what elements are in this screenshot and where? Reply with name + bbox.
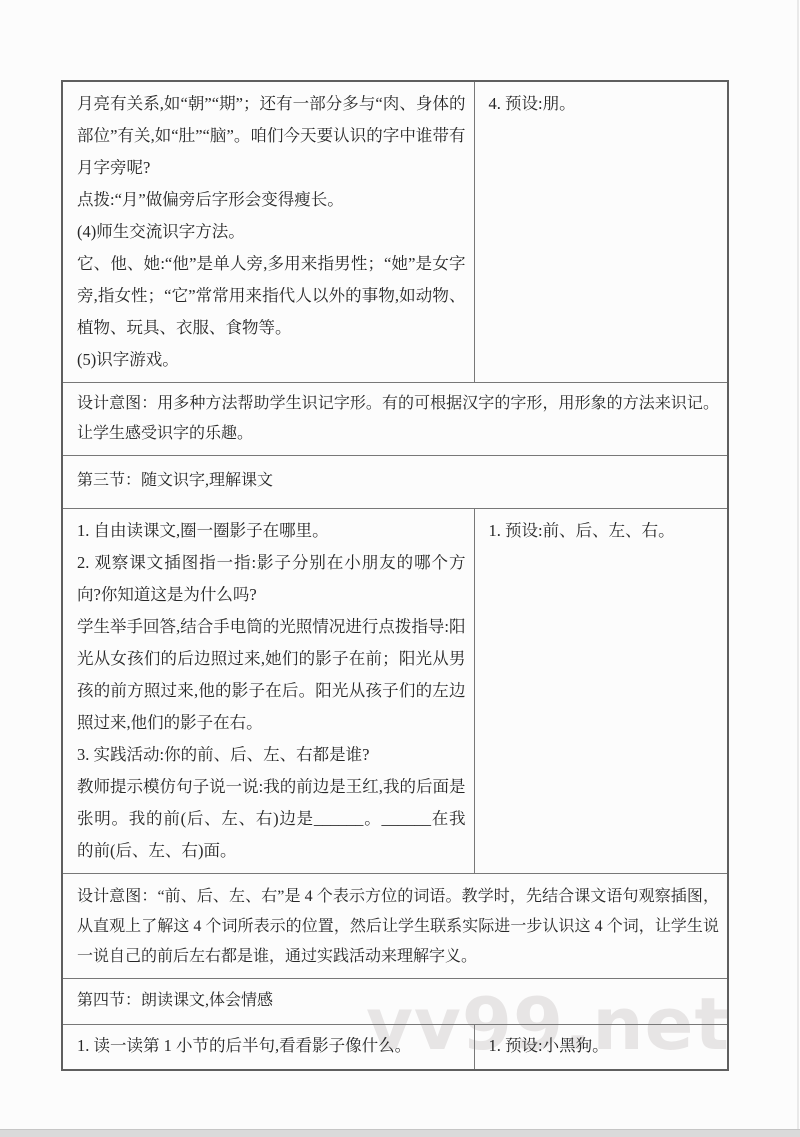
table-row: 设计意图：“前、后、左、右”是 4 个表示方位的词语。教学时，先结合课文语句观察… [62, 874, 728, 979]
preset-answer-cell: 1. 预设:前、后、左、右。 [474, 509, 728, 874]
page-bottom-edge [0, 1129, 800, 1137]
table-row: 第四节：朗读课文,体会情感 [62, 979, 728, 1025]
design-intent-text: 设计意图：“前、后、左、右”是 4 个表示方位的词语。教学时，先结合课文语句观察… [77, 882, 719, 972]
section-header-text: 第四节：朗读课文,体会情感 [77, 986, 719, 1016]
table-row: 1. 读一读第 1 小节的后半句,看看影子像什么。 1. 预设:小黑狗。 [62, 1025, 728, 1071]
preset-answer-cell: 1. 预设:小黑狗。 [474, 1025, 728, 1071]
lesson-plan-table: 月亮有关系,如“朝”“期”；还有一部分多与“肉、身体的部位”有关,如“肚”“脑”… [61, 80, 729, 1071]
teaching-steps-cell: 月亮有关系,如“朝”“期”；还有一部分多与“肉、身体的部位”有关,如“肚”“脑”… [62, 81, 474, 383]
table-row: 月亮有关系,如“朝”“期”；还有一部分多与“肉、身体的部位”有关,如“肚”“脑”… [62, 81, 728, 383]
preset-answer-text: 1. 预设:前、后、左、右。 [489, 515, 720, 547]
section-header-cell: 第三节：随文识字,理解课文 [62, 456, 728, 509]
section-header-cell: 第四节：朗读课文,体会情感 [62, 979, 728, 1025]
cell-paragraph: 2. 观察课文插图指一指:影子分别在小朋友的哪个方向?你知道这是为什么吗? [77, 547, 466, 611]
teaching-steps-cell: 1. 读一读第 1 小节的后半句,看看影子像什么。 [62, 1025, 474, 1071]
cell-paragraph: 1. 自由读课文,圈一圈影子在哪里。 [77, 515, 466, 547]
table-row: 第三节：随文识字,理解课文 [62, 456, 728, 509]
section-header-text: 第三节：随文识字,理解课文 [77, 466, 719, 496]
preset-answer-text: 4. 预设:朋。 [489, 88, 720, 120]
cell-paragraph: 3. 实践活动:你的前、后、左、右都是谁? [77, 739, 466, 771]
design-intent-text: 设计意图：用多种方法帮助学生识记字形。有的可根据汉字的字形，用形象的方法来识记。… [77, 389, 719, 449]
cell-paragraph: 教师提示模仿句子说一说:我的前边是王红,我的后面是张明。我的前(后、左、右)边是… [77, 771, 466, 867]
preset-answer-cell: 4. 预设:朋。 [474, 81, 728, 383]
table-row: 1. 自由读课文,圈一圈影子在哪里。 2. 观察课文插图指一指:影子分别在小朋友… [62, 509, 728, 874]
cell-paragraph: 月亮有关系,如“朝”“期”；还有一部分多与“肉、身体的部位”有关,如“肚”“脑”… [77, 88, 466, 184]
design-intent-cell: 设计意图：“前、后、左、右”是 4 个表示方位的词语。教学时，先结合课文语句观察… [62, 874, 728, 979]
preset-answer-text: 1. 预设:小黑狗。 [489, 1030, 720, 1062]
cell-paragraph: 学生举手回答,结合手电筒的光照情况进行点拨指导:阳光从女孩们的后边照过来,她们的… [77, 611, 466, 739]
cell-paragraph: 它、他、她:“他”是单人旁,多用来指男性；“她”是女字旁,指女性；“它”常常用来… [77, 248, 466, 344]
cell-paragraph: (5)识字游戏。 [77, 344, 466, 376]
cell-paragraph: 点拨:“月”做偏旁后字形会变得瘦长。 [77, 184, 466, 216]
design-intent-cell: 设计意图：用多种方法帮助学生识记字形。有的可根据汉字的字形，用形象的方法来识记。… [62, 383, 728, 456]
page-right-edge [797, 0, 799, 1137]
lesson-plan-document: 月亮有关系,如“朝”“期”；还有一部分多与“肉、身体的部位”有关,如“肚”“脑”… [61, 80, 729, 1071]
teaching-steps-cell: 1. 自由读课文,圈一圈影子在哪里。 2. 观察课文插图指一指:影子分别在小朋友… [62, 509, 474, 874]
cell-paragraph: 1. 读一读第 1 小节的后半句,看看影子像什么。 [77, 1030, 466, 1062]
table-row: 设计意图：用多种方法帮助学生识记字形。有的可根据汉字的字形，用形象的方法来识记。… [62, 383, 728, 456]
cell-paragraph: (4)师生交流识字方法。 [77, 216, 466, 248]
